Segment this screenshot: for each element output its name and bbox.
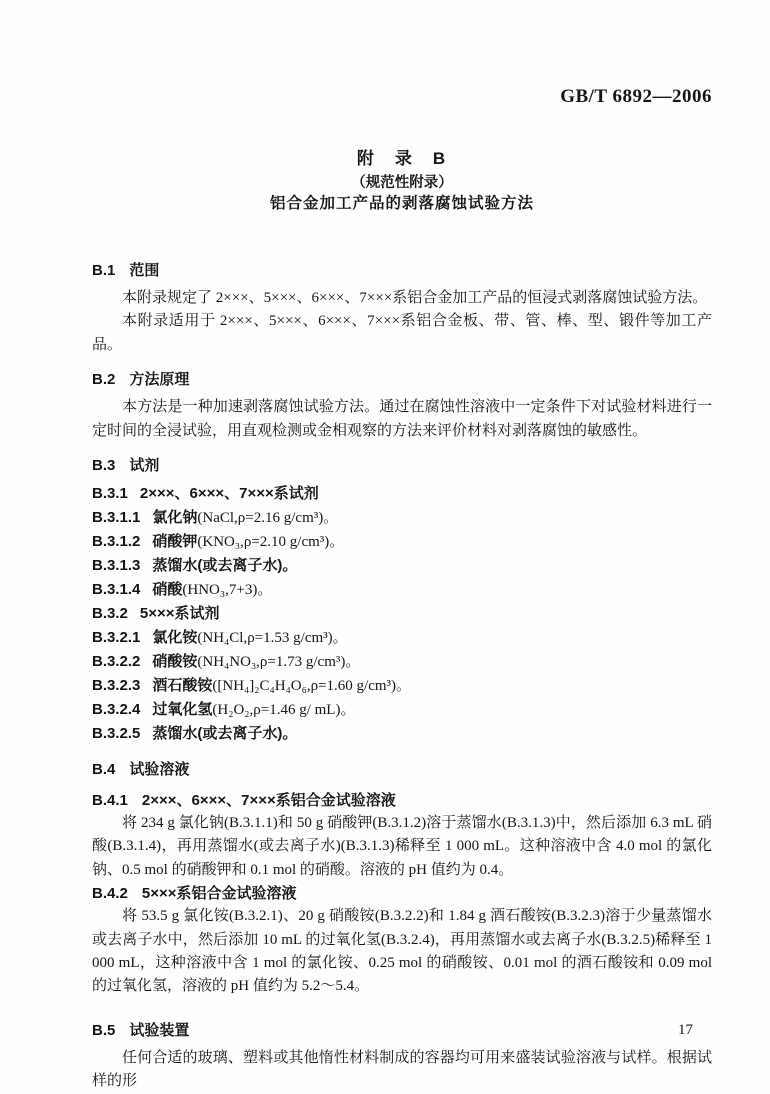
section-heading: B.1范围 [92,259,712,282]
clause-number: B.4 [92,761,115,778]
reagent-formula: (NaCl,ρ=2.16 g/cm³)。 [197,510,338,526]
clause-title: 方法原理 [129,371,189,388]
clause-number: B.2 [92,371,115,388]
page-number: 17 [678,1022,693,1039]
section-heading: B.2方法原理 [92,368,712,391]
clause-number: B.3.1.2 [92,533,140,550]
clause-title: 试剂 [129,457,159,474]
clause-number: B.3.1.4 [92,581,140,598]
appendix-normative-note: （规范性附录） [92,176,712,191]
clause-line: B.3.2.2硝酸铵(NH₄NO₃,ρ=1.73 g/cm³)。 [92,650,712,674]
clause-number: B.3.2.3 [92,677,140,694]
clause-number: B.3.1.3 [92,557,140,574]
clause-number: B.4.2 [92,885,128,902]
page-content: GB/T 6892—2006 附 录 B （规范性附录） 铝合金加工产品的剥落腐… [92,0,712,1094]
subsection-b42: B.4.25×××系铝合金试验溶液 将 53.5 g 氯化铵(B.3.2.1)、… [92,882,712,999]
section-b1-scope: B.1范围 本附录规定了 2×××、5×××、6×××、7×××系铝合金加工产品… [92,259,712,357]
subsection-b41: B.4.12×××、6×××、7×××系铝合金试验溶液 将 234 g 氯化钠(… [92,789,712,882]
clause-line: B.3.25×××系试剂 [92,602,712,626]
scanned-standard-page: GB/T 6892—2006 附 录 B （规范性附录） 铝合金加工产品的剥落腐… [0,0,770,1094]
reagent-formula: (H₂O₂,ρ=1.46 g/ mL)。 [212,702,355,718]
appendix-subject-title: 铝合金加工产品的剥落腐蚀试验方法 [92,196,712,212]
clause-line: B.3.1.3蒸馏水(或去离子水)。 [92,554,712,578]
clause-line: B.3.2.3酒石酸铵([NH₄]₂C₄H₄O₆,ρ=1.60 g/cm³)。 [92,674,712,698]
subsection-heading: B.4.25×××系铝合金试验溶液 [92,882,712,905]
paragraph: 将 53.5 g 氯化铵(B.3.2.1)、20 g 硝酸铵(B.3.2.2)和… [92,905,712,999]
reagent-name: 硝酸 [152,581,182,598]
reagent-name: 酒石酸铵 [152,677,212,694]
clause-line: B.3.2.5蒸馏水(或去离子水)。 [92,722,712,746]
clause-line: B.3.12×××、6×××、7×××系试剂 [92,482,712,506]
reagent-formula: (KNO₃,ρ=2.10 g/cm³)。 [197,534,344,550]
reagent-name: 氯化钠 [152,509,197,526]
clause-number: B.3.2.2 [92,653,140,670]
reagent-name: 2×××、6×××、7×××系试剂 [140,485,319,502]
section-b4-test-solutions: B.4试验溶液 B.4.12×××、6×××、7×××系铝合金试验溶液 将 23… [92,758,712,999]
section-heading: B.3试剂 [92,454,712,477]
paragraph: 本方法是一种加速剥落腐蚀试验方法。通过在腐蚀性溶液中一定条件下对试验材料进行一定… [92,396,712,443]
clause-title: 5×××系铝合金试验溶液 [142,885,297,902]
section-b5-apparatus: B.5试验装置 任何合适的玻璃、塑料或其他惰性材料制成的容器均可用来盛装试验溶液… [92,1019,712,1094]
clause-number: B.3.2 [92,605,128,622]
paragraph: 任何合适的玻璃、塑料或其他惰性材料制成的容器均可用来盛装试验溶液与试样。根据试样… [92,1047,712,1094]
clause-number: B.5 [92,1022,115,1039]
clause-title: 2×××、6×××、7×××系铝合金试验溶液 [142,792,396,809]
paragraph: 本附录适用于 2×××、5×××、6×××、7×××系铝合金板、带、管、棒、型、… [92,310,712,357]
reagent-name: 蒸馏水(或去离子水)。 [152,725,297,742]
section-heading: B.5试验装置 [92,1019,712,1042]
clause-line: B.3.1.1氯化钠(NaCl,ρ=2.16 g/cm³)。 [92,506,712,530]
subsection-heading: B.4.12×××、6×××、7×××系铝合金试验溶液 [92,789,712,812]
standard-code: GB/T 6892—2006 [92,86,712,108]
clause-line: B.3.2.1氯化铵(NH₄Cl,ρ=1.53 g/cm³)。 [92,626,712,650]
clause-number: B.3.1.1 [92,509,140,526]
reagent-name: 硝酸铵 [152,653,197,670]
appendix-title: 附 录 B [92,150,712,167]
clause-line: B.3.2.4过氧化氢(H₂O₂,ρ=1.46 g/ mL)。 [92,698,712,722]
reagent-formula: (HNO₃,7+3)。 [182,582,272,598]
clause-number: B.3.1 [92,485,128,502]
clause-number: B.1 [92,262,115,279]
clause-title: 范围 [129,262,159,279]
clause-title: 试验装置 [129,1022,189,1039]
clause-number: B.3.2.4 [92,701,140,718]
section-b3-reagents: B.3试剂 B.3.12×××、6×××、7×××系试剂 B.3.1.1氯化钠(… [92,454,712,746]
clause-number: B.3.2.1 [92,629,140,646]
reagent-name: 5×××系试剂 [140,605,220,622]
reagent-formula: (NH₄Cl,ρ=1.53 g/cm³)。 [197,630,347,646]
reagent-formula: (NH₄NO₃,ρ=1.73 g/cm³)。 [197,654,360,670]
reagent-formula: ([NH₄]₂C₄H₄O₆,ρ=1.60 g/cm³)。 [212,678,411,694]
reagent-name: 蒸馏水(或去离子水)。 [152,557,297,574]
section-heading: B.4试验溶液 [92,758,712,781]
paragraph: 将 234 g 氯化钠(B.3.1.1)和 50 g 硝酸钾(B.3.1.2)溶… [92,812,712,882]
clause-number: B.3.2.5 [92,725,140,742]
appendix-title-block: 附 录 B （规范性附录） 铝合金加工产品的剥落腐蚀试验方法 [92,150,712,212]
clause-line: B.3.1.2硝酸钾(KNO₃,ρ=2.10 g/cm³)。 [92,530,712,554]
clause-title: 试验溶液 [129,761,189,778]
clause-number: B.4.1 [92,792,128,809]
reagent-name: 氯化铵 [152,629,197,646]
clause-line: B.3.1.4硝酸(HNO₃,7+3)。 [92,578,712,602]
clause-number: B.3 [92,457,115,474]
reagent-name: 硝酸钾 [152,533,197,550]
section-b2-principle: B.2方法原理 本方法是一种加速剥落腐蚀试验方法。通过在腐蚀性溶液中一定条件下对… [92,368,712,443]
paragraph: 本附录规定了 2×××、5×××、6×××、7×××系铝合金加工产品的恒浸式剥落… [92,287,712,310]
reagent-name: 过氧化氢 [152,701,212,718]
